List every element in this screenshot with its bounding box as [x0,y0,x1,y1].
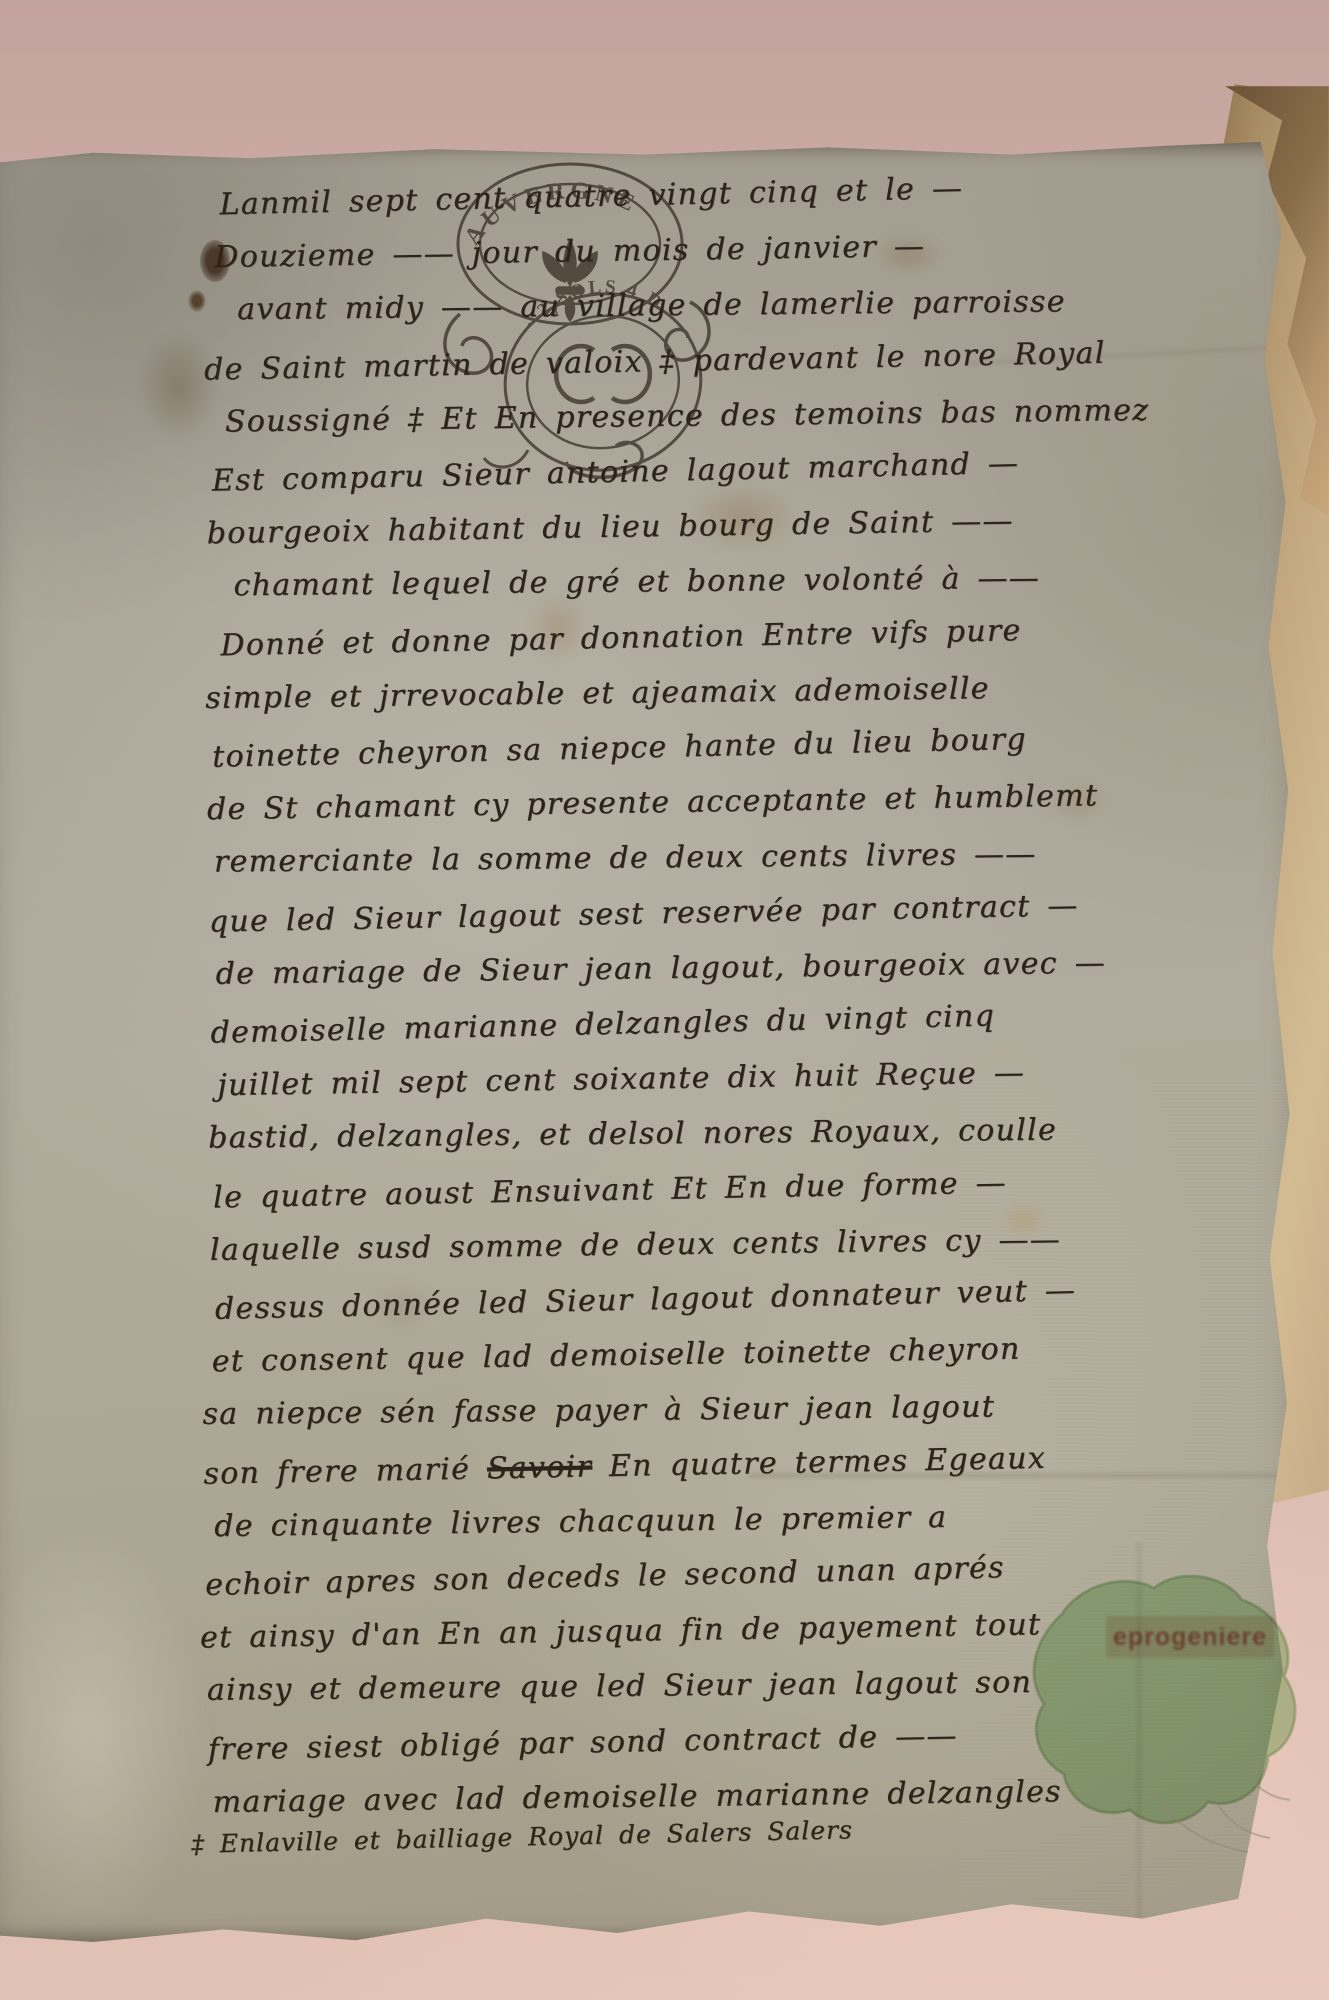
manuscript-line: Donné et donne par donnation Entre vifs … [220,613,1022,663]
manuscript-line: juillet mil sept cent soixante dix huit … [217,1056,1025,1104]
manuscript-line: avant midy —— au village de lamerlie par… [237,285,1066,328]
manuscript-line: et consent que lad demoiselle toinette c… [211,1332,1020,1380]
manuscript-line: Est comparu Sieur antoine lagout marchan… [211,446,1019,499]
manuscript-line: dessus donnée led Sieur lagout donnateur… [214,1273,1076,1327]
manuscript-line: Lanmil sept cent quatre vingt cinq et le… [219,171,963,222]
manuscript-line: demoiselle marianne delzangles du vingt … [210,998,995,1050]
manuscript-line: que led Sieur lagout sest reservée par c… [208,888,1078,939]
watermark-label: eprogeniere [1106,1616,1274,1658]
manuscript-line: echoir apres son deceds le second unan a… [205,1550,1005,1603]
manuscript-line: de Saint martin de valoix ‡ pardevant le… [204,335,1106,387]
manuscript-line: bourgeoix habitant du lieu bourg de Sain… [206,504,1013,552]
manuscript-line: sa niepce sén fasse payer à Sieur jean l… [202,1390,995,1432]
manuscript-line: de mariage de Sieur jean lagout, bourgeo… [215,945,1106,991]
manuscript-photo: AUVERGNE · 2 SOLS 4 D · Lanmil sept cent… [0,0,1329,2000]
manuscript-line: toinette cheyron sa niepce hante du lieu… [212,722,1027,775]
manuscript-line: mariage avec lad demoiselle marianne del… [212,1774,1062,1820]
manuscript-line: Douzieme —— jour du mois de janvier — [214,229,925,275]
manuscript-line: bastid, delzangles, et delsol nores Roya… [208,1113,1057,1156]
manuscript-line: de St chamant cy presente acceptante et … [207,778,1099,827]
manuscript-line: ainsy et demeure que led Sieur jean lago… [207,1665,1032,1708]
pencil-sketch-lines [1002,1552,1329,1882]
manuscript-line: frere siest obligé par sond contract de … [207,1718,957,1767]
manuscript-line: chamant lequel de gré et bonne volonté à… [233,561,1040,604]
manuscript-line: Soussigné ‡ Et En presence des temoins b… [225,393,1150,440]
manuscript-line: et ainsy d'an En an jusqua fin de payeme… [200,1607,1042,1655]
manuscript-line: simple et jrrevocable et ajeamaix ademoi… [205,671,990,716]
manuscript-line: le quatre aoust Ensuivant Et En due form… [213,1165,1007,1215]
manuscript-line: laquelle susd somme de deux cents livres… [210,1222,1061,1268]
manuscript-line: de cinquante livres chacquun le premier … [214,1500,947,1544]
struck-word: Savoir [487,1449,593,1486]
manuscript-line: ‡ Enlaville et bailliage Royal de Salers… [191,1815,853,1859]
manuscript-line: son frere marié Savoir En quatre termes … [203,1440,1046,1491]
manuscript-line: remerciante la somme de deux cents livre… [214,837,1037,880]
